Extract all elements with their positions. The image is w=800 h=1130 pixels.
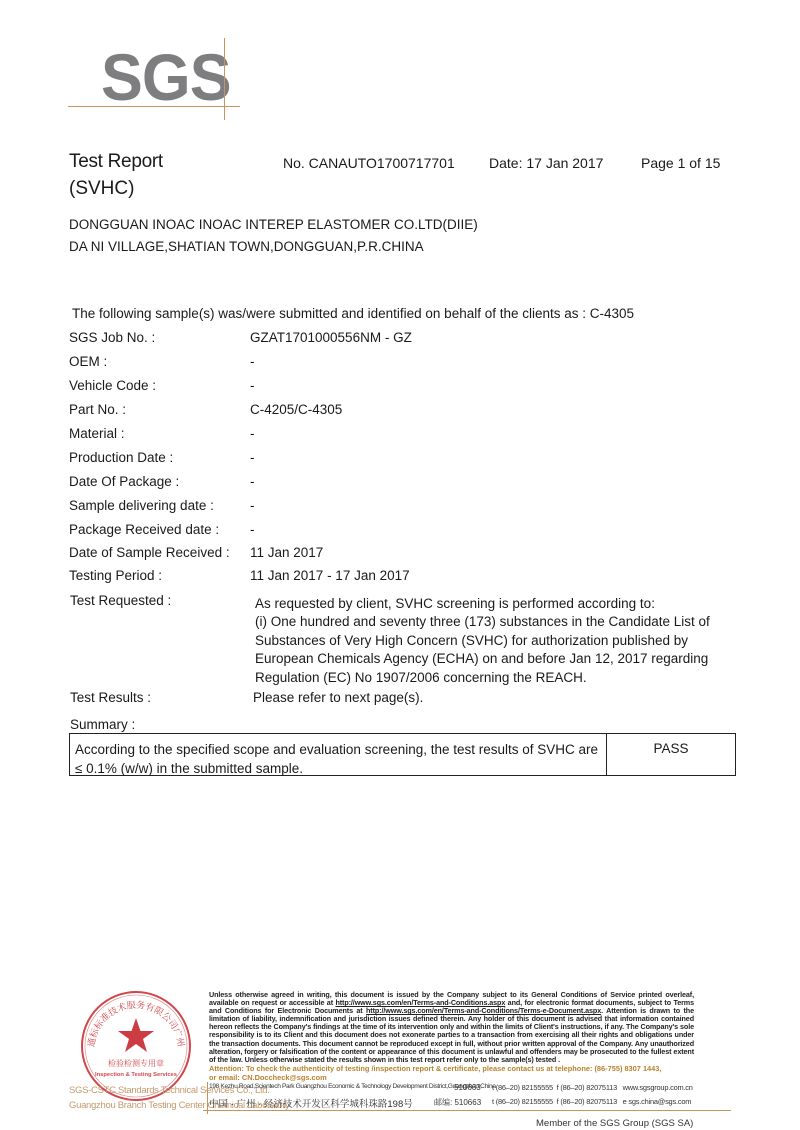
member-statement: Member of the SGS Group (SGS SA) bbox=[536, 1118, 693, 1129]
field-label: Part No. : bbox=[69, 402, 126, 417]
footer-rule bbox=[203, 1110, 731, 1111]
test-requested-line: European Chemicals Agency (ECHA) on and … bbox=[255, 650, 725, 668]
field-value: C-4205/C-4305 bbox=[250, 402, 342, 417]
logo-horizontal-rule bbox=[68, 106, 240, 107]
telephone: t (86–20) 82155555 bbox=[492, 1097, 553, 1106]
test-requested-line: Regulation (EC) No 1907/2006 concerning … bbox=[255, 669, 725, 687]
field-label: Material : bbox=[69, 426, 125, 441]
field-value: 11 Jan 2017 - 17 Jan 2017 bbox=[250, 568, 410, 583]
client-block: DONGGUAN INOAC INOAC INTEREP ELASTOMER C… bbox=[69, 214, 478, 258]
field-label: Testing Period : bbox=[69, 568, 162, 583]
website-link[interactable]: www.sgsgroup.com.cn bbox=[623, 1083, 693, 1092]
field-value: - bbox=[250, 498, 255, 513]
field-label: Vehicle Code : bbox=[69, 378, 156, 393]
svg-text:检验检测专用章: 检验检测专用章 bbox=[108, 1058, 164, 1068]
fax: f (86–20) 82075113 bbox=[557, 1097, 617, 1106]
authenticity-notice: Attention: To check the authenticity of … bbox=[209, 1065, 709, 1082]
fineprint-text: . Attention is drawn to the limitation o… bbox=[209, 1006, 694, 1064]
summary-text-line: According to the specified scope and eva… bbox=[75, 740, 601, 759]
report-date: Date: 17 Jan 2017 bbox=[489, 155, 603, 171]
address-cn: 中国 · 广州 · 经济技术开发区科学城科珠路198号 bbox=[209, 1099, 413, 1110]
field-value: GZAT1701000556NM - GZ bbox=[250, 330, 412, 345]
report-number: No. CANAUTO1700717701 bbox=[283, 155, 455, 171]
summary-text-line: ≤ 0.1% (w/w) in the submitted sample. bbox=[75, 759, 601, 778]
postcode-en: 510663 bbox=[454, 1083, 481, 1092]
star-icon bbox=[118, 1018, 154, 1052]
field-label: Package Received date : bbox=[69, 522, 219, 537]
report-title: Test Report bbox=[69, 151, 163, 173]
terms-fineprint: Unless otherwise agreed in writing, this… bbox=[209, 991, 694, 1064]
field-value: - bbox=[250, 522, 255, 537]
client-address: DA NI VILLAGE,SHATIAN TOWN,DONGGUAN,P.R.… bbox=[69, 236, 478, 258]
svg-text:Inspection & Testing Services: Inspection & Testing Services bbox=[95, 1072, 177, 1078]
test-requested-line: Substances of Very High Concern (SVHC) f… bbox=[255, 632, 725, 650]
telephone: t (86–20) 82155555 bbox=[492, 1083, 553, 1092]
field-label: SGS Job No. : bbox=[69, 330, 155, 345]
fax: f (86–20) 82075113 bbox=[557, 1083, 617, 1092]
summary-result: PASS bbox=[607, 734, 735, 775]
test-requested-text: As requested by client, SVHC screening i… bbox=[255, 595, 725, 687]
field-value: - bbox=[250, 450, 255, 465]
field-label: Date of Sample Received : bbox=[69, 545, 230, 560]
field-value: - bbox=[250, 426, 255, 441]
summary-text: According to the specified scope and eva… bbox=[70, 734, 607, 775]
field-label: Date Of Package : bbox=[69, 474, 179, 489]
field-value: - bbox=[250, 378, 255, 393]
client-name: DONGGUAN INOAC INOAC INTEREP ELASTOMER C… bbox=[69, 214, 478, 236]
test-results-value: Please refer to next page(s). bbox=[253, 690, 423, 705]
field-value: - bbox=[250, 354, 255, 369]
summary-label: Summary : bbox=[70, 717, 135, 732]
field-label: Production Date : bbox=[69, 450, 173, 465]
logo-text: SGS bbox=[101, 44, 231, 110]
summary-table: According to the specified scope and eva… bbox=[69, 733, 736, 776]
intro-text: The following sample(s) was/were submitt… bbox=[72, 306, 634, 321]
authenticity-email[interactable]: or email: CN.Doccheck@sgs.com bbox=[209, 1074, 709, 1083]
field-label: OEM : bbox=[69, 354, 107, 369]
report-subtitle: (SVHC) bbox=[69, 178, 134, 200]
address-en: 198 Kezhu Road,Scientech Park Guangzhou … bbox=[209, 1083, 496, 1090]
test-requested-label: Test Requested : bbox=[70, 593, 171, 608]
field-value: 11 Jan 2017 bbox=[250, 545, 323, 560]
field-label: Sample delivering date : bbox=[69, 498, 214, 513]
test-requested-line: As requested by client, SVHC screening i… bbox=[255, 595, 725, 613]
field-value: - bbox=[250, 474, 255, 489]
sgs-logo: SGS bbox=[68, 38, 243, 120]
test-results-label: Test Results : bbox=[70, 690, 151, 705]
postcode-cn: 邮编: 510663 bbox=[434, 1098, 481, 1107]
email-link[interactable]: e sgs.china@sgs.com bbox=[623, 1097, 692, 1106]
test-requested-line: (i) One hundred and seventy three (173) … bbox=[255, 613, 725, 631]
logo-vertical-rule bbox=[224, 38, 225, 120]
page-indicator: Page 1 of 15 bbox=[641, 155, 720, 171]
